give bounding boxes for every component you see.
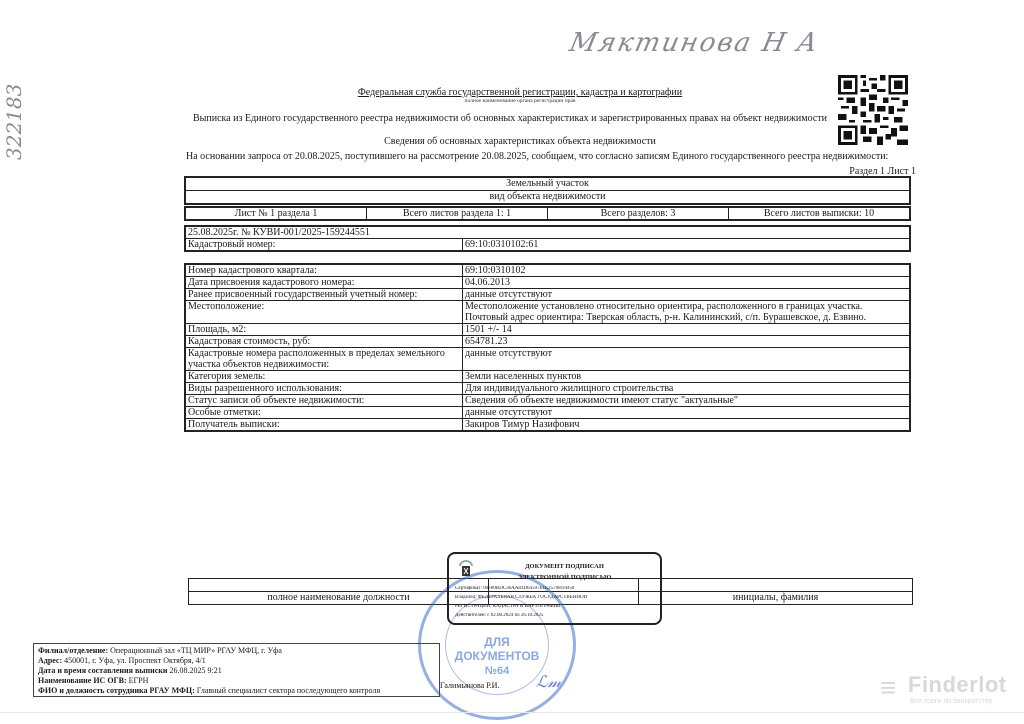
- request-line: На основании запроса от 20.08.2025, пост…: [186, 151, 906, 162]
- property-value: Местоположение установлено относительно …: [463, 301, 910, 324]
- employee-value: Главный специалист сектора последующего …: [197, 686, 380, 695]
- table-row: Кадастровые номера расположенных в преде…: [186, 348, 910, 371]
- e-signature-box: ДОКУМЕНТ ПОДПИСАН ЭЛЕКТРОННОЙ ПОДПИСЬЮ С…: [447, 552, 662, 625]
- position-caption: полное наименование должности: [189, 592, 489, 605]
- object-type-caption: вид объекта недвижимости: [186, 191, 910, 204]
- signature-title-1: ДОКУМЕНТ ПОДПИСАН: [449, 563, 660, 570]
- object-type-table: Земельный участок вид объекта недвижимос…: [185, 177, 910, 204]
- property-value: 04.06.2013: [463, 277, 910, 289]
- watermark: ≡ Finderlot Все торги по банкротству: [880, 668, 1020, 718]
- system-value: ЕГРН: [129, 676, 149, 685]
- table-row: Особые отметки:данные отсутствуют: [186, 407, 910, 419]
- table-row: Виды разрешенного использования:Для инди…: [186, 383, 910, 395]
- bottom-divider: [0, 712, 1024, 713]
- property-value: 1501 +/- 14: [463, 324, 910, 336]
- property-value: Для индивидуального жилищного строительс…: [463, 383, 910, 395]
- table-row: Получатель выписки:Закиров Тимур Назифов…: [186, 419, 910, 431]
- watermark-tagline: Все торги по банкротству: [910, 698, 992, 705]
- agency-caption: полное наименование органа регистрации п…: [180, 98, 860, 104]
- address-label: Адрес:: [38, 656, 62, 665]
- table-row: Площадь, м2:1501 +/- 14: [186, 324, 910, 336]
- property-label: Дата присвоения кадастрового номера:: [186, 277, 463, 289]
- total-sections: Всего разделов: 3: [548, 208, 729, 220]
- cadastral-number-value: 69:10:0310102:61: [463, 239, 910, 251]
- table-row: Категория земель:Земли населенных пункто…: [186, 371, 910, 383]
- system-label: Наименование ИС ОГВ:: [38, 676, 127, 685]
- owner-line-cont: РЕГИСТРАЦИИ, КАДАСТРА И КАРТОГРАФИИ: [455, 604, 654, 609]
- property-label: Кадастровые номера расположенных в преде…: [186, 348, 463, 371]
- table-row: Номер кадастрового квартала:69:10:031010…: [186, 265, 910, 277]
- sheet-number: Лист № 1 раздела 1: [186, 208, 367, 220]
- datetime-label: Дата и время составления выписки: [38, 666, 168, 675]
- employee-name: Галимьянова Р.И.: [440, 681, 499, 690]
- section-sheet-label: Раздел 1 Лист 1: [849, 166, 916, 177]
- sheets-table: Лист № 1 раздела 1 Всего листов раздела …: [185, 207, 910, 220]
- property-value: 69:10:0310102: [463, 265, 910, 277]
- property-label: Номер кадастрового квартала:: [186, 265, 463, 277]
- handwritten-number: 322183: [2, 120, 26, 160]
- signature-title-2: ЭЛЕКТРОННОЙ ПОДПИСЬЮ: [449, 574, 660, 581]
- handwritten-signature-icon: ℒ𝓂: [536, 672, 561, 692]
- stamp-line-1: ДЛЯ: [421, 635, 573, 649]
- property-label: Получатель выписки:: [186, 419, 463, 431]
- branch-label: Филиал/отделение:: [38, 646, 108, 655]
- property-label: Ранее присвоенный государственный учетны…: [186, 289, 463, 301]
- section-title: Сведения об основных характеристиках объ…: [180, 136, 860, 147]
- stamp-line-2: ДОКУМЕНТОВ: [421, 649, 573, 663]
- ident-table: 25.08.2025г. № КУВИ-001/2025-159244551 К…: [185, 226, 910, 251]
- table-row: Дата присвоения кадастрового номера:04.0…: [186, 277, 910, 289]
- property-value: данные отсутствуют: [463, 289, 910, 301]
- address-value: 450001, г. Уфа, ул. Проспект Октября, 4/…: [64, 656, 206, 665]
- cadastral-number-label: Кадастровый номер:: [186, 239, 463, 251]
- property-label: Местоположение:: [186, 301, 463, 324]
- property-value: Сведения об объекте недвижимости имеют с…: [463, 395, 910, 407]
- property-value: 654781.23: [463, 336, 910, 348]
- object-type-value: Земельный участок: [186, 178, 910, 191]
- certificate-line: Сертификат: 00F80BDC36AA83D64597E1E25798…: [455, 586, 654, 591]
- properties-table: Номер кадастрового квартала:69:10:031010…: [185, 264, 910, 431]
- footer-info-box: Филиал/отделение: Операционный зал «ТЦ М…: [33, 643, 440, 697]
- position-cell: [189, 579, 489, 592]
- property-label: Категория земель:: [186, 371, 463, 383]
- table-row: Кадастровая стоимость, руб:654781.23: [186, 336, 910, 348]
- datetime-value: 26.08.2025 9:21: [170, 666, 222, 675]
- qr-code-icon: [838, 75, 908, 145]
- agency-title: Федеральная служба государственной регис…: [180, 87, 860, 98]
- property-value: Закиров Тимур Назифович: [463, 419, 910, 431]
- table-row: Ранее присвоенный государственный учетны…: [186, 289, 910, 301]
- property-value: данные отсутствуют: [463, 348, 910, 371]
- watermark-name: Finderlot: [908, 672, 1007, 698]
- total-sheets: Всего листов выписки: 10: [729, 208, 910, 220]
- finderlot-logo-icon: ≡: [880, 672, 896, 704]
- name-cell: [639, 579, 913, 592]
- employee-label: ФИО и должность сотрудника РГАУ МФЦ:: [38, 686, 195, 695]
- record-number: 25.08.2025г. № КУВИ-001/2025-159244551: [186, 227, 910, 239]
- sheets-in-section: Всего листов раздела 1: 1: [367, 208, 548, 220]
- owner-line: Владелец: ФЕДЕРАЛЬНАЯ СЛУЖБА ГОСУДАРСТВЕ…: [455, 595, 654, 600]
- property-value: Земли населенных пунктов: [463, 371, 910, 383]
- name-caption: инициалы, фамилия: [639, 592, 913, 605]
- property-label: Кадастровая стоимость, руб:: [186, 336, 463, 348]
- property-label: Площадь, м2:: [186, 324, 463, 336]
- property-label: Особые отметки:: [186, 407, 463, 419]
- branch-value: Операционный зал «ТЦ МИР» РГАУ МФЦ, г. У…: [110, 646, 282, 655]
- property-label: Виды разрешенного использования:: [186, 383, 463, 395]
- handwritten-name: Мяктинова Н А: [567, 28, 822, 58]
- validity-line: Действителен: с 02.08.2024 по 26.10.2025: [455, 613, 654, 618]
- extract-title: Выписка из Единого государственного реес…: [180, 113, 840, 124]
- property-label: Статус записи об объекте недвижимости:: [186, 395, 463, 407]
- table-row: Статус записи об объекте недвижимости:Св…: [186, 395, 910, 407]
- property-value: данные отсутствуют: [463, 407, 910, 419]
- table-row: Местоположение:Местоположение установлен…: [186, 301, 910, 324]
